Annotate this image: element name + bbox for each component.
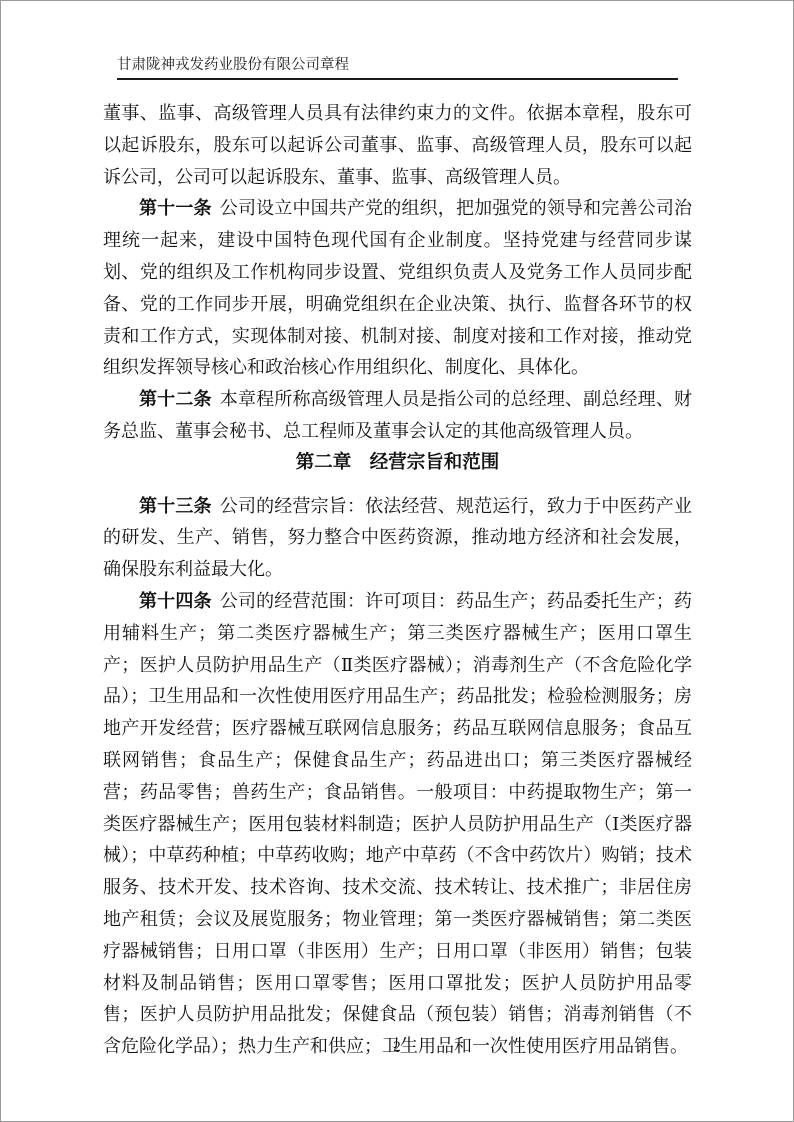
chapter-heading: 第二章 经营宗旨和范围 <box>103 448 692 480</box>
header-title: 甘肃陇神戎发药业股份有限公司章程 <box>117 57 349 73</box>
article-number-label: 第十三条 <box>139 496 212 516</box>
article-text: 公司设立中国共产党的组织，把加强党的领导和完善公司治理统一起来，建设中国特色现代… <box>103 198 692 377</box>
article-paragraph: 第十三条公司的经营宗旨：依法经营、规范运行，致力于中医药产业的研发、生产、销售，… <box>103 491 692 586</box>
article-paragraph: 第十二条本章程所称高级管理人员是指公司的总经理、副总经理、财务总监、董事会秘书、… <box>103 384 692 448</box>
document-page: 甘肃陇神戎发药业股份有限公司章程 董事、监事、高级管理人员具有法律约束力的文件。… <box>0 0 794 1122</box>
article-number-label: 第十一条 <box>139 198 212 218</box>
page-number: 2 <box>393 1039 401 1055</box>
page-footer: 2 <box>1 1039 793 1056</box>
article-text: 公司的经营范围：许可项目：药品生产；药品委托生产；药用辅料生产；第二类医疗器械生… <box>103 591 692 1056</box>
article-paragraph: 第十四条公司的经营范围：许可项目：药品生产；药品委托生产；药用辅料生产；第二类医… <box>103 586 692 1063</box>
body-paragraph: 董事、监事、高级管理人员具有法律约束力的文件。依据本章程，股东可以起诉股东，股东… <box>103 98 692 193</box>
document-body: 董事、监事、高级管理人员具有法律约束力的文件。依据本章程，股东可以起诉股东，股东… <box>103 98 692 1063</box>
article-paragraph: 第十一条公司设立中国共产党的组织，把加强党的领导和完善公司治理统一起来，建设中国… <box>103 193 692 384</box>
page-header: 甘肃陇神戎发药业股份有限公司章程 <box>117 56 678 80</box>
article-number-label: 第十二条 <box>139 389 212 409</box>
article-number-label: 第十四条 <box>139 591 212 611</box>
